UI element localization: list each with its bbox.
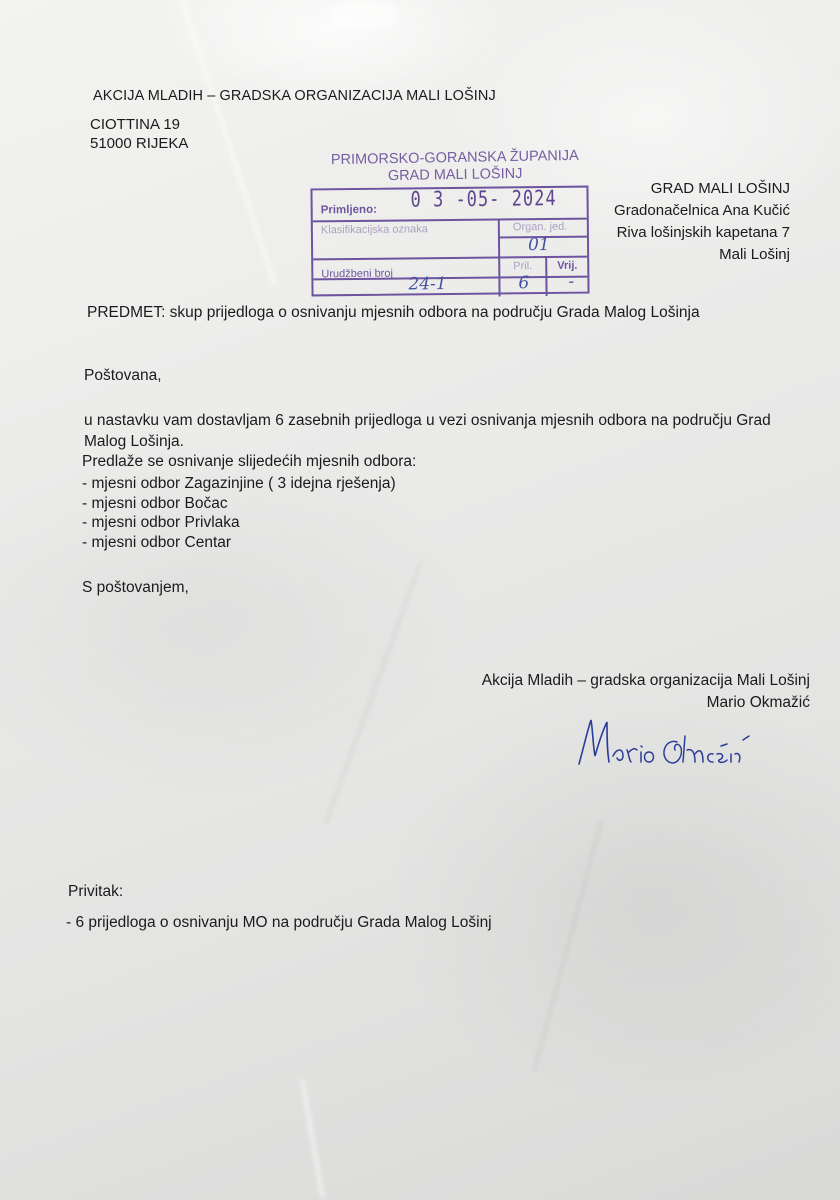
stamp-header: PRIMORSKO-GORANSKA ŽUPANIJA GRAD MALI LO…	[325, 148, 586, 187]
letter-body: u nastavku vam dostavljam 6 zasebnih pri…	[84, 410, 804, 452]
attachments-label: Privitak:	[68, 882, 123, 902]
registry-stamp: Primljeno: 0 3 -05- 2024 Klasifikacijska…	[310, 186, 589, 297]
handwritten-signature	[573, 712, 763, 772]
stamp-value-label: Vrij.	[557, 260, 577, 272]
recipient-address: GRAD MALI LOŠINJ Gradonačelnica Ana Kuči…	[614, 178, 790, 266]
proposal-list: - mjesni odbor Zagazinjine ( 3 idejna rj…	[82, 474, 396, 552]
stamp-classification-label: Klasifikacijska oznaka	[321, 223, 428, 236]
paper-crease	[330, 0, 400, 30]
stamp-attachments-value: 6	[518, 273, 529, 293]
letter-subject: PREDMET: skup prijedloga o osnivanju mje…	[87, 303, 700, 323]
letter-greeting: Poštovana,	[84, 366, 162, 386]
stamp-org-unit-value: 01	[528, 235, 550, 255]
sender-organization: AKCIJA MLADIH – GRADSKA ORGANIZACIJA MAL…	[93, 86, 496, 106]
sender-street: CIOTTINA 19	[90, 115, 188, 134]
signature-organization: Akcija Mladih – gradska organizacija Mal…	[482, 670, 810, 692]
stamp-value-value: -	[568, 272, 574, 292]
proposal-item: - mjesni odbor Zagazinjine ( 3 idejna rj…	[82, 474, 396, 494]
recipient-line: Mali Lošinj	[614, 244, 790, 266]
letter-closing: S poštovanjem,	[82, 578, 189, 598]
attachment-item: - 6 prijedloga o osnivanju MO na područj…	[66, 913, 492, 933]
stamp-org-unit-label: Organ. jed.	[513, 221, 568, 234]
proposal-item: - mjesni odbor Privlaka	[82, 513, 396, 533]
proposal-intro: Predlaže se osnivanje slijedećih mjesnih…	[82, 452, 416, 472]
proposal-item: - mjesni odbor Bočac	[82, 494, 396, 514]
recipient-line: Riva lošinjskih kapetana 7	[614, 222, 790, 244]
recipient-line: GRAD MALI LOŠINJ	[614, 178, 790, 200]
signature-name: Mario Okmažić	[482, 692, 810, 714]
sender-city: 51000 RIJEKA	[90, 134, 188, 153]
proposal-item: - mjesni odbor Centar	[82, 533, 396, 553]
stamp-registry-number-value: 24-1	[408, 274, 446, 294]
signature-block: Akcija Mladih – gradska organizacija Mal…	[482, 670, 810, 714]
stamp-attachments-label: Pril.	[513, 260, 532, 272]
sender-address: CIOTTINA 19 51000 RIJEKA	[90, 115, 188, 153]
stamp-received-label: Primljeno:	[321, 204, 377, 217]
stamp-received-date: 0 3 -05- 2024	[410, 186, 556, 213]
recipient-line: Gradonačelnica Ana Kučić	[614, 200, 790, 222]
